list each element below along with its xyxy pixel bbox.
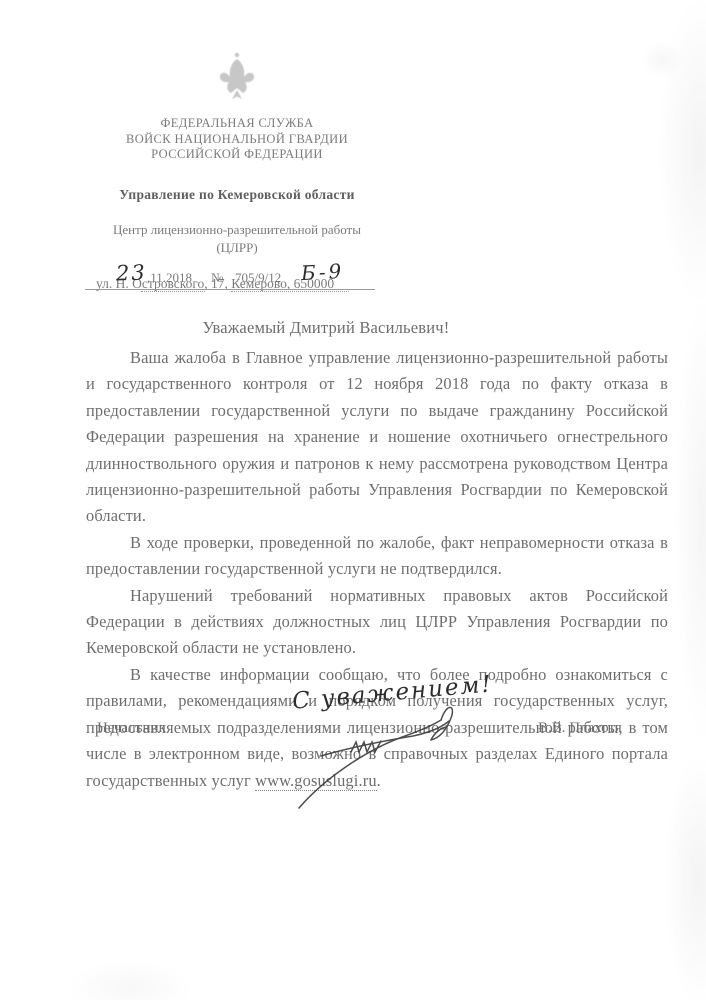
salutation: Уважаемый Дмитрий Васильевич!: [86, 318, 566, 338]
agency-name-line2: ВОЙСК НАЦИОНАЛЬНОЙ ГВАРДИИ: [82, 132, 392, 148]
agency-name-line3: РОССИЙСКОЙ ФЕДЕРАЦИИ: [82, 147, 392, 163]
paragraph-1: Ваша жалоба в Главное управление лицензи…: [86, 345, 668, 530]
paragraph-3: Нарушений требований нормативных правовы…: [86, 583, 668, 662]
handwritten-date-day: 23: [116, 260, 148, 285]
signature-flourish: [293, 690, 468, 812]
signer-position: Начальник: [97, 720, 166, 737]
signer-name: В.В. Плахотя: [538, 720, 622, 737]
department-name: Управление по Кемеровской области: [82, 187, 392, 203]
typed-date: .11.2018: [147, 270, 192, 286]
document-number: 705/9/12: [235, 270, 281, 286]
scanned-letter-page: ФЕДЕРАЛЬНАЯ СЛУЖБА ВОЙСК НАЦИОНАЛЬНОЙ ГВ…: [0, 0, 706, 1000]
center-name-line2: (ЦЛРР): [82, 239, 392, 257]
center-name-line1: Центр лицензионно-разрешительной работы: [82, 221, 392, 239]
paragraph-2: В ходе проверки, проведенной по жалобе, …: [86, 530, 668, 583]
handwritten-number-suffix: Б-9: [300, 259, 344, 285]
date-number-line: 23 .11.2018 № 705/9/12 Б-9: [85, 264, 385, 294]
date-dotted-underline: [141, 291, 205, 292]
number-dotted-underline: [231, 291, 349, 292]
letterhead: ФЕДЕРАЛЬНАЯ СЛУЖБА ВОЙСК НАЦИОНАЛЬНОЙ ГВ…: [82, 50, 392, 292]
national-guard-emblem-icon: [217, 50, 257, 108]
number-sign: №: [211, 270, 223, 286]
date-underline: [85, 289, 375, 290]
agency-name-line1: ФЕДЕРАЛЬНАЯ СЛУЖБА: [82, 116, 392, 132]
